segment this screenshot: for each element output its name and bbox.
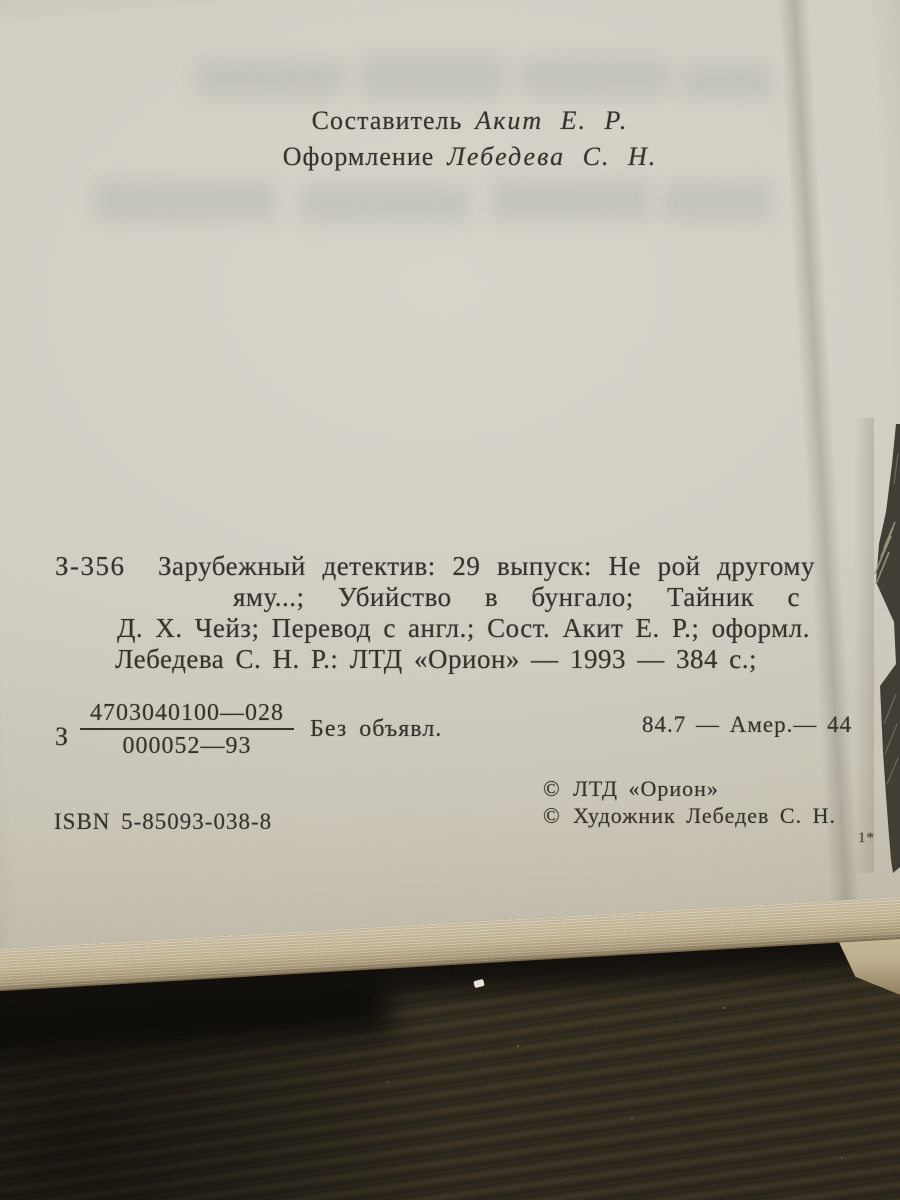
ghost-showthrough <box>682 64 772 98</box>
signature-mark: 1* <box>858 830 875 847</box>
design-label: Оформление <box>283 142 435 171</box>
copyright-holder: ЛТД «Орион» <box>573 776 719 801</box>
designer-name: Лебедева С. Н. <box>447 142 657 171</box>
fraction-denominator: 000052—93 <box>80 730 294 759</box>
ghost-showthrough <box>662 182 772 222</box>
classification-letter: З <box>55 722 68 752</box>
bbk-index: 84.7 — Амер.— 44 <box>642 712 852 738</box>
compiler-name: Акит Е. Р. <box>475 106 628 135</box>
book-imprint-page-photo: СоставительАкит Е. Р. ОформлениеЛебедева… <box>0 0 900 1200</box>
copyright-symbol-icon: © <box>543 775 573 802</box>
ghost-showthrough <box>300 184 470 224</box>
facing-page-illustration-fragment <box>870 424 900 874</box>
copyright-line: ©Художник Лебедев С. Н. <box>543 802 836 829</box>
catalog-description-line: Д. Х. Чейз; Перевод с англ.; Сост. Акит … <box>117 613 810 645</box>
copyright-symbol-icon: © <box>543 802 573 829</box>
fraction-numerator: 4703040100—028 <box>80 700 294 730</box>
compiler-label: Составитель <box>312 106 463 135</box>
catalog-code: З-356 <box>55 551 126 582</box>
ghost-showthrough <box>360 56 505 98</box>
copyright-line: ©ЛТД «Орион» <box>543 775 836 802</box>
print-order-fraction: 4703040100—028 000052—93 <box>80 700 294 759</box>
isbn-text: ISBN 5-85093-038-8 <box>54 809 272 835</box>
copyright-block: ©ЛТД «Орион» ©Художник Лебедев С. Н. <box>543 775 836 829</box>
copyright-artist: Художник Лебедев С. Н. <box>573 803 836 828</box>
designer-credit-line: ОформлениеЛебедева С. Н. <box>110 142 830 172</box>
ghost-showthrough <box>95 180 275 222</box>
ghost-showthrough <box>490 178 650 222</box>
catalog-description-line: яму...; Убийство в бунгало; Тайник с бри… <box>233 582 800 614</box>
catalog-description-line: Лебедева С. Н. Р.: ЛТД «Орион» — 1993 — … <box>115 644 757 676</box>
imprint-block: З 4703040100—028 000052—93 Без объявл. <box>55 700 442 759</box>
ghost-showthrough <box>520 58 670 96</box>
catalog-description-line: Зарубежный детектив: 29 выпуск: Не рой д… <box>158 551 815 583</box>
no-announcement-note: Без объявл. <box>310 716 442 743</box>
compiler-credit-line: СоставительАкит Е. Р. <box>110 106 830 136</box>
ghost-showthrough <box>195 60 345 96</box>
